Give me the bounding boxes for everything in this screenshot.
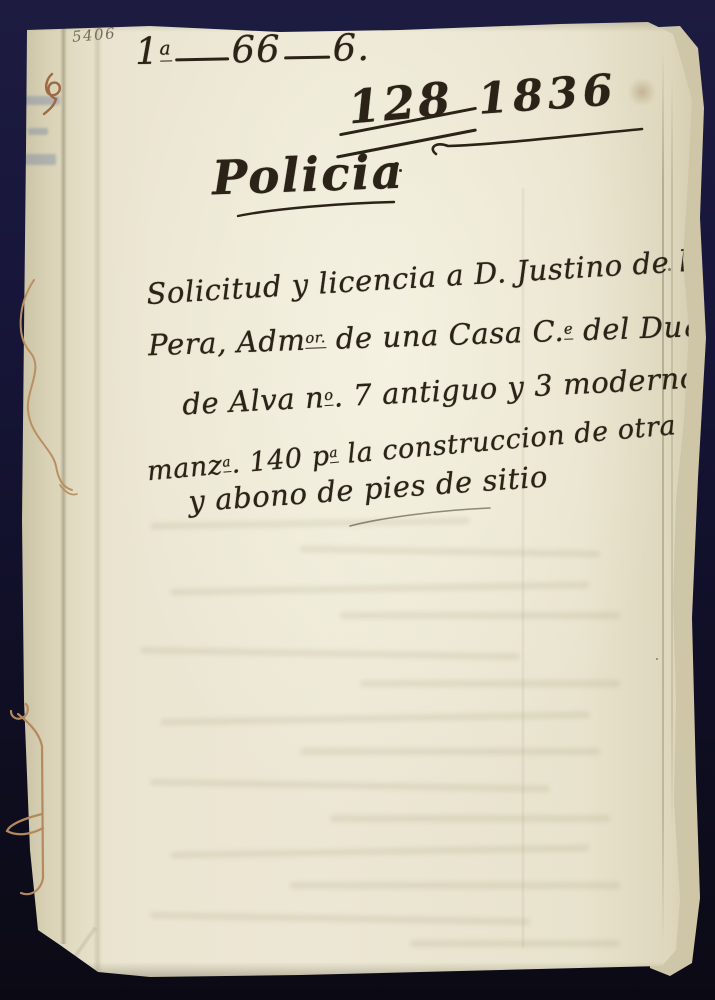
show-through-line — [300, 545, 600, 557]
top-edge-shadow — [20, 18, 692, 32]
body-line-3-seg: . 7 antiguo y 3 moderno — [333, 361, 699, 414]
folio-num: 1 — [135, 30, 160, 73]
folio-numbering: 1a666. — [135, 26, 371, 73]
show-through-line — [150, 779, 550, 793]
paper-stain — [628, 78, 656, 106]
show-through-line — [340, 612, 620, 619]
show-through-line — [150, 517, 470, 530]
document-title: Policia — [211, 145, 405, 207]
show-through-line — [140, 647, 520, 661]
stamp-line — [22, 154, 56, 165]
show-through-line — [330, 815, 610, 822]
spine-stamp — [16, 88, 64, 184]
show-through-line — [170, 581, 590, 595]
show-through-line — [300, 748, 600, 755]
body-line-4-seg: manz — [146, 450, 224, 487]
show-through-line — [360, 680, 620, 687]
body-line-1: Solicitud y licencia a D. Justino de la — [145, 243, 707, 311]
folio-dash — [175, 57, 229, 61]
old-number-crossed: 128 — [346, 72, 455, 135]
year-number: 1836 — [476, 65, 619, 125]
body-line-4-seg: . 140 p — [230, 440, 331, 479]
show-through-line — [160, 711, 590, 726]
abbreviation-superscript: or. — [305, 330, 326, 349]
show-through-line — [410, 940, 620, 947]
paper-speck — [656, 658, 658, 660]
deckle-edge-streak — [662, 48, 664, 948]
page-edge-crease — [93, 24, 102, 972]
stamp-line — [28, 128, 48, 135]
document-page: 5406 1a666. 128 1836 Policia Solicitud y… — [20, 18, 692, 978]
folio-superscript: a — [159, 38, 171, 61]
stamp-line — [20, 96, 60, 105]
show-through-line — [290, 882, 620, 889]
body-line-3-seg: de Alva n — [181, 380, 325, 421]
bottom-edge-shadow — [20, 962, 692, 978]
body-line-2-seg: Pera, Adm — [148, 323, 306, 362]
manuscript-scan: 5406 1a666. 128 1836 Policia Solicitud y… — [0, 0, 715, 1000]
pencil-archive-number: 5406 — [71, 24, 117, 46]
body-line-2: Pera, Admor. de una Casa C.e del Duque — [148, 308, 715, 363]
center-crease — [521, 188, 525, 948]
show-through-line — [150, 912, 530, 926]
folio-mid: 66 — [231, 28, 281, 72]
show-through-line — [170, 844, 590, 858]
folio-end: 6. — [332, 26, 370, 70]
folio-dash — [284, 56, 330, 60]
deckle-edge-streak — [671, 73, 673, 833]
body-line-3: de Alva no. 7 antiguo y 3 moderno — [181, 361, 698, 422]
body-line-2-seg: de una Casa C. — [325, 314, 564, 356]
